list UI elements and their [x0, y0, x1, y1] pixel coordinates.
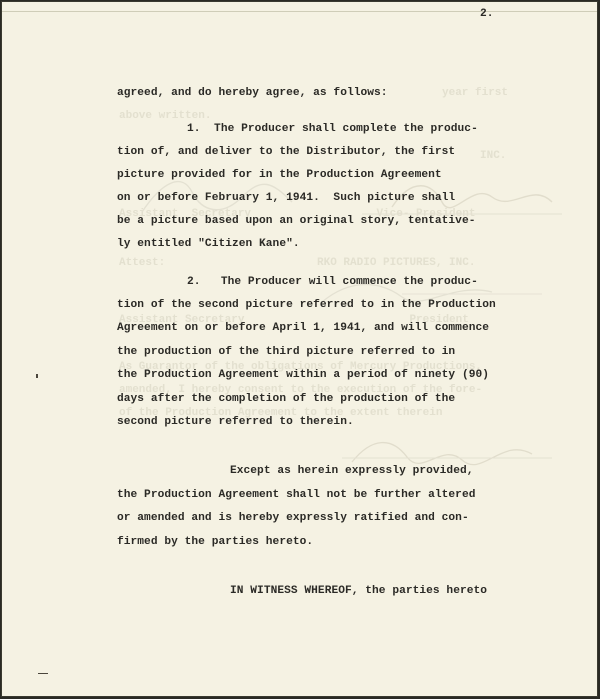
bleed-through-line: above written.: [119, 110, 211, 122]
paragraph-line: firmed by the parties hereto.: [117, 536, 313, 548]
paragraph-line: picture provided for in the Production A…: [117, 169, 442, 181]
paragraph-line: the Production Agreement shall not be fu…: [117, 489, 475, 501]
paragraph-line: 1. The Producer shall complete the produ…: [187, 123, 478, 135]
bleed-through-line: Attest: RKO RADIO PICTURES, INC.: [119, 257, 475, 269]
paragraph-line: ly entitled "Citizen Kane".: [117, 238, 300, 250]
paragraph-line: days after the completion of the product…: [117, 393, 455, 405]
top-rule-divider: [2, 11, 597, 12]
paragraph-line: second picture referred to therein.: [117, 416, 354, 428]
paragraph-line: 2. The Producer will commence the produc…: [187, 276, 478, 288]
document-page: year first above written. INC. Assistant…: [1, 1, 598, 697]
paper-speck: [36, 374, 38, 378]
bleed-through-line: year first: [442, 87, 508, 99]
paragraph-line: tion of the second picture referred to i…: [117, 299, 496, 311]
opening-line: agreed, and do hereby agree, as follows:: [117, 87, 388, 99]
paragraph-line: or amended and is hereby expressly ratif…: [117, 512, 469, 524]
paragraph-line: the production of the third picture refe…: [117, 346, 455, 358]
paper-speck: [38, 673, 48, 674]
closing-line: IN WITNESS WHEREOF, the parties hereto: [230, 585, 487, 597]
paragraph-line: on or before February 1, 1941. Such pict…: [117, 192, 455, 204]
bleed-through-line: INC.: [480, 150, 506, 162]
paragraph-line: Except as herein expressly provided,: [230, 465, 474, 477]
page-number: 2.: [480, 8, 494, 20]
paragraph-line: Agreement on or before April 1, 1941, an…: [117, 322, 489, 334]
paragraph-line: be a picture based upon an original stor…: [117, 215, 475, 227]
paragraph-line: the Production Agreement within a period…: [117, 369, 489, 381]
paragraph-line: tion of, and deliver to the Distributor,…: [117, 146, 455, 158]
